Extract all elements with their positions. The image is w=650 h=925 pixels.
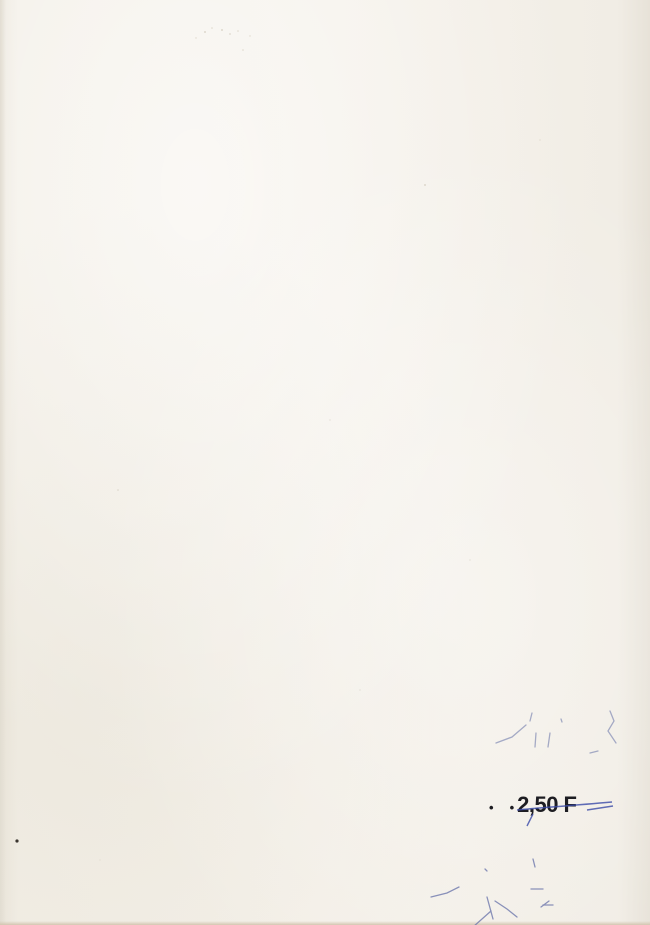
price-bullet-icon: • [489, 800, 494, 815]
cover-left-edge [0, 0, 6, 925]
pen-scribble-upper [490, 695, 640, 765]
paper-texture [0, 0, 650, 925]
price-value: 2,50 F [517, 792, 576, 818]
cover-bottom-edge [0, 921, 650, 925]
price-bullet-icon: • [510, 800, 515, 815]
book-back-cover: • • 2,50 F [0, 0, 650, 925]
pen-scribble-lower [425, 845, 615, 925]
price-text: 2,50 F [517, 792, 576, 817]
price-mark: • • 2,50 F [489, 792, 577, 818]
